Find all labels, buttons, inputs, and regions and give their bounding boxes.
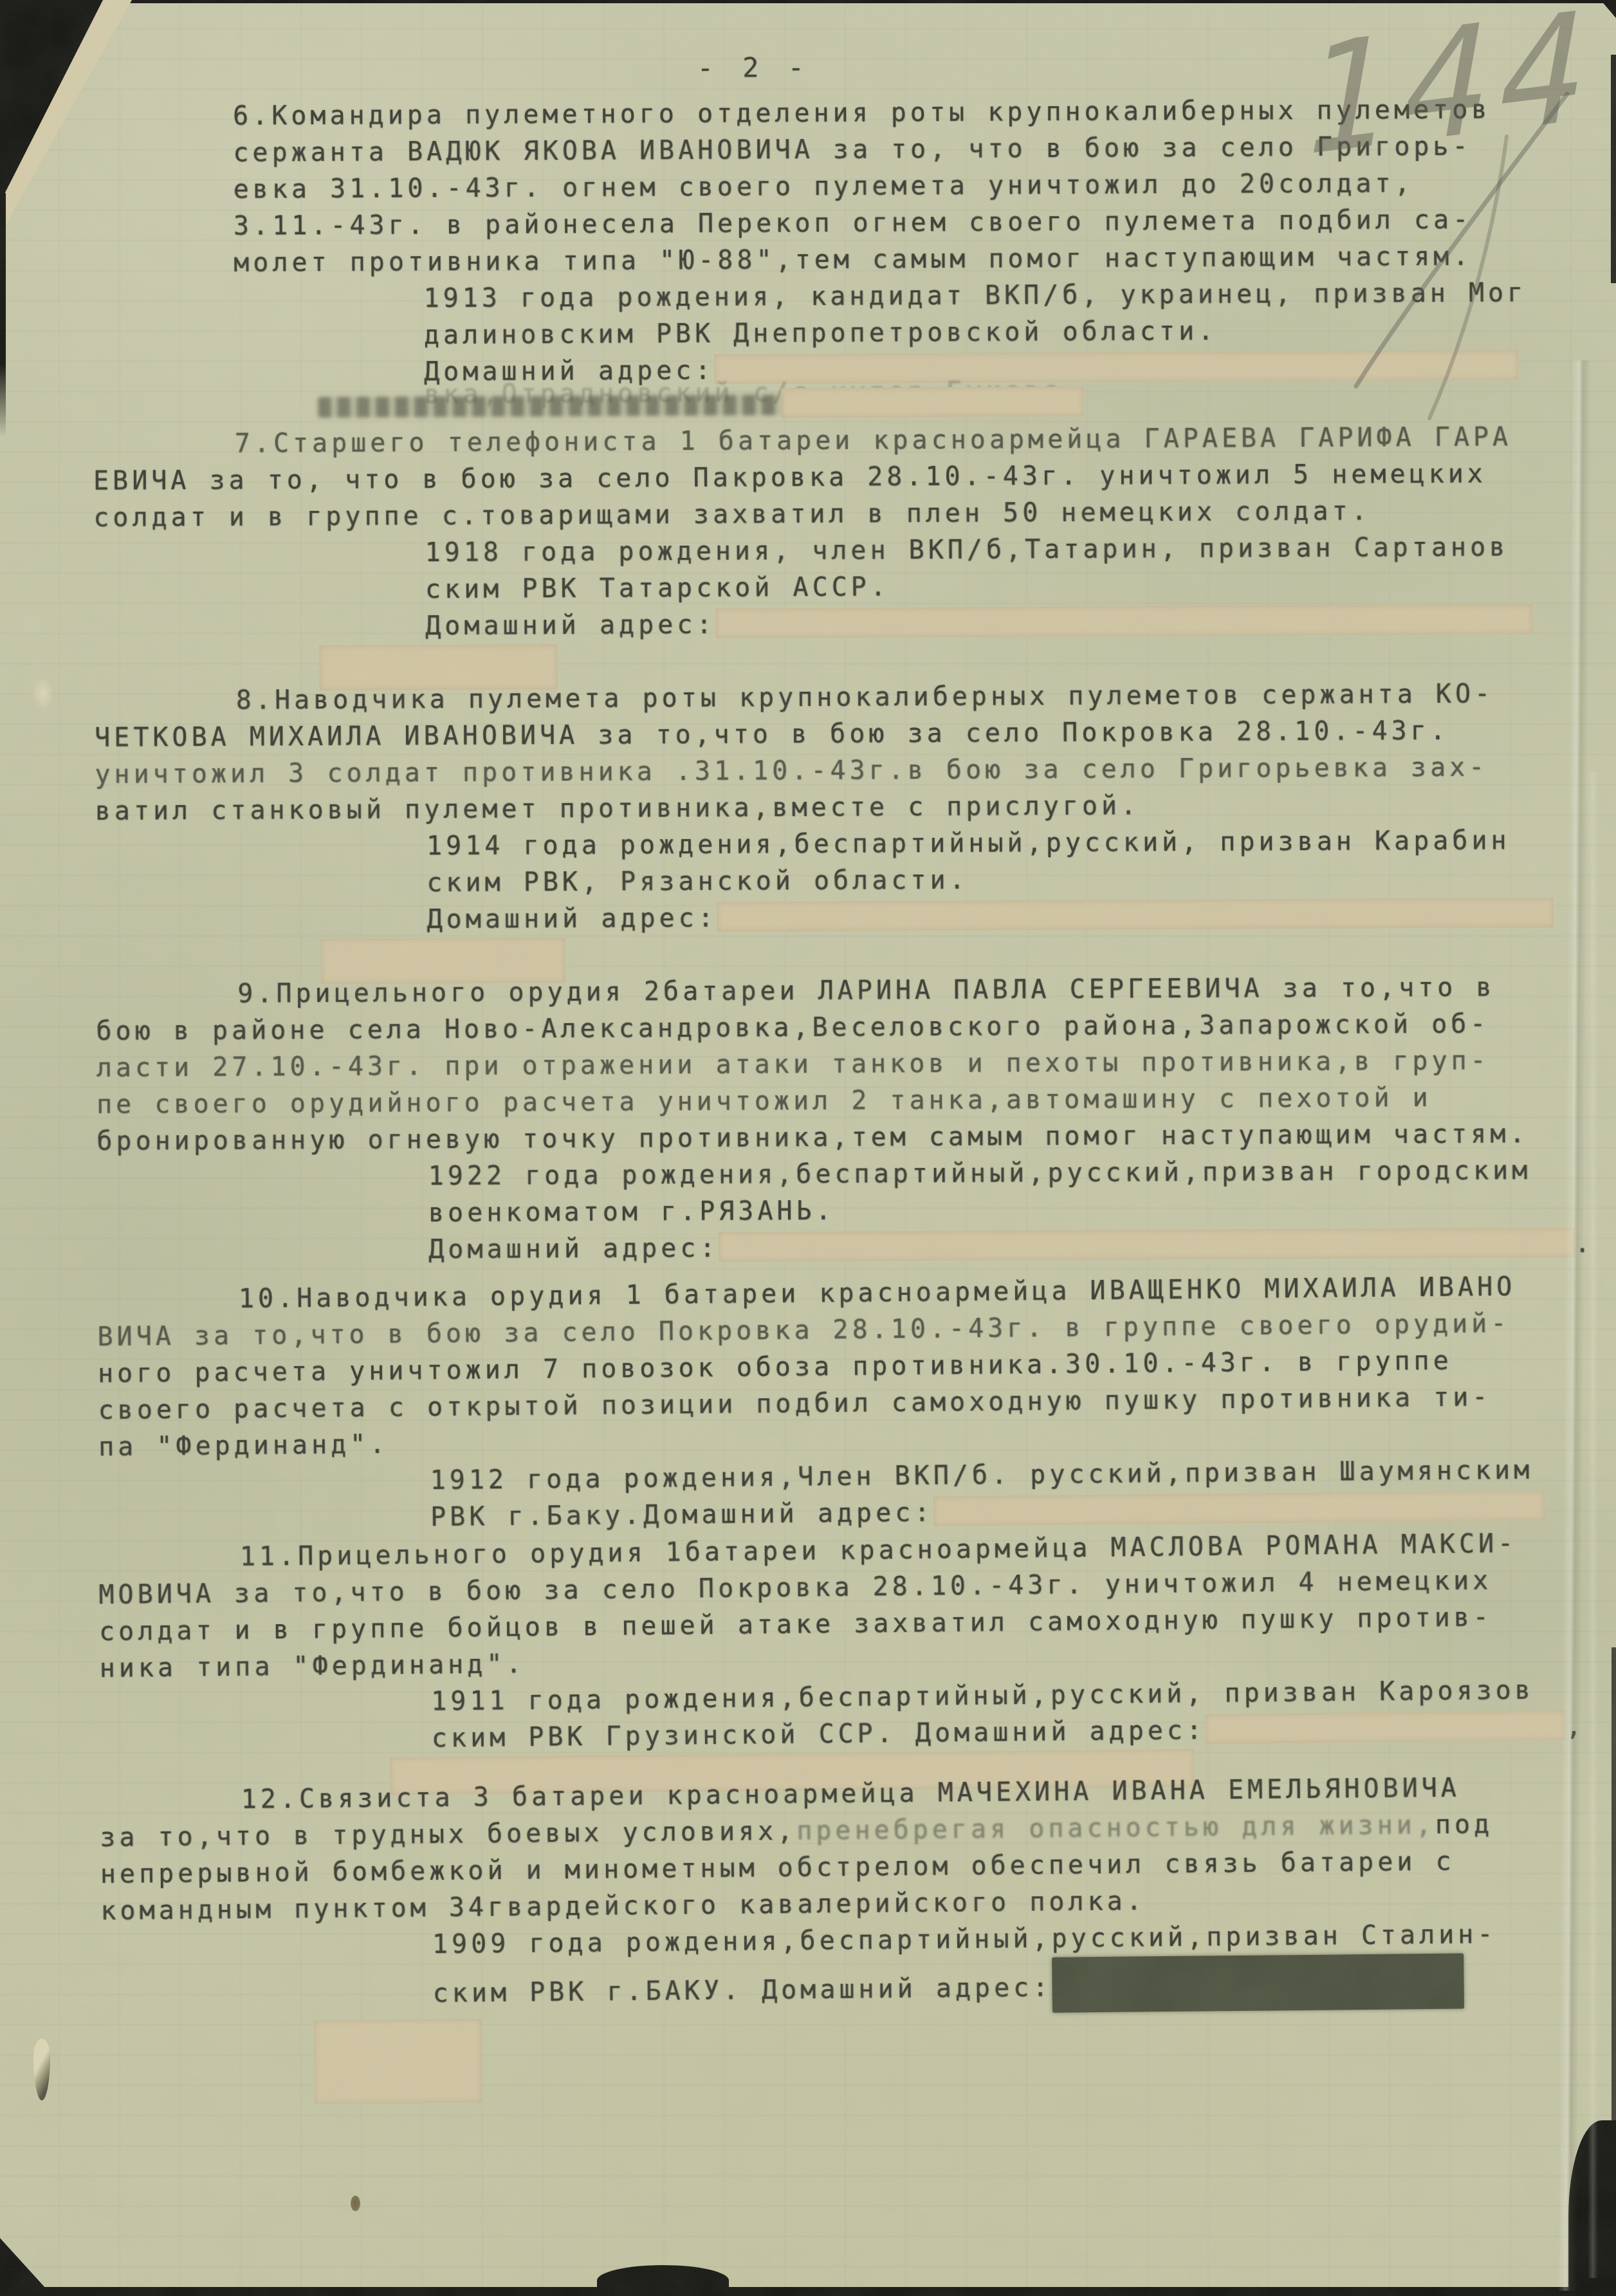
entry-11: 11.Прицельного орудия 1батареи красноарм… [98, 1524, 1616, 1803]
text-line: Домашний адрес:. [97, 1225, 1616, 1270]
entry-12: 12.Связиста 3 батареи красноармейца МАЧЕ… [99, 1768, 1616, 2111]
typewritten-text: ским РВК Татарской АССР. [425, 572, 890, 604]
typewritten-text: . [1574, 1229, 1593, 1259]
typewritten-text: молет противника типа "Ю-88",тем самым п… [234, 242, 1472, 278]
typewritten-text: 1909 года рождения,беспартийный,русский,… [432, 1920, 1497, 1959]
typewritten-text: 1913 года рождения, кандидат ВКП/б, укра… [423, 278, 1527, 313]
typewritten-text: 1912 года рождения,Член ВКП/б. русский,п… [430, 1456, 1533, 1495]
typewritten-text: 8.Наводчика пулемета роты крупнокалиберн… [236, 679, 1494, 715]
typewritten-text: пренебрегая опасностью для жизни, [796, 1810, 1435, 1846]
erased-redaction-block [314, 2019, 482, 2104]
typewritten-text: Домашний адрес: [428, 1234, 719, 1264]
typewritten-text: за то,что в трудных боевых условиях, [100, 1817, 796, 1853]
typewritten-text: 1922 года рождения,беспартийный,русский,… [428, 1156, 1532, 1191]
typewritten-text: солдат и в группе с.товарищами захватил … [93, 496, 1371, 532]
erased-redaction-block [719, 1228, 1574, 1262]
document-text-layer: - 2 - 6.Командира пулеметного отделения … [0, 0, 1616, 2296]
entry-8: 8.Наводчика пулемета роты крупнокалиберн… [95, 675, 1615, 990]
typewritten-text: 6.Командира пулеметного отделения роты к… [233, 95, 1491, 131]
erased-redaction-block [933, 1490, 1545, 1526]
typewritten-text: евка 31.10.-43г. огнем своего пулемета у… [234, 169, 1414, 205]
entry-7: 7.Старшего телефониста 1 батареи красноа… [93, 382, 1613, 696]
typewritten-text: командным пунктом 34гвардейского кавалер… [100, 1886, 1146, 1926]
scanned-page: { "page": { "number_label": "- 2 -", "ha… [0, 0, 1616, 2296]
page-number: - 2 - [697, 51, 811, 84]
entry-10: 10.Наводчика орудия 1 батареи красноарме… [97, 1268, 1616, 1539]
typewritten-text: ским РВК Грузинской ССР. Домашний адрес: [432, 1716, 1206, 1754]
typewritten-text: 1918 года рождения, член ВКП/б,Татарин, … [425, 532, 1509, 568]
typewritten-text: 3.11.-43г. в районесела Перекоп огнем св… [234, 205, 1472, 241]
typewritten-text: пе своего орудийного расчета уничтожил 2… [96, 1083, 1432, 1120]
typewritten-text: 9.Прицельного орудия 2батареи ЛАРИНА ПАВ… [237, 972, 1496, 1008]
erased-redaction-block [717, 898, 1554, 932]
typewritten-text: 1914 года рождения,беспартийный,русский,… [427, 826, 1510, 861]
typewritten-text: ласти 27.10.-43г. при отражении атаки та… [96, 1046, 1490, 1082]
dark-redaction-block [1052, 1954, 1464, 2013]
typewritten-text: Домашний адрес: [427, 903, 717, 934]
erased-redaction-block [715, 604, 1532, 638]
typewritten-text: РВК г.Баку.Домашний адрес: [430, 1497, 934, 1532]
typewritten-text: ватил станковый пулемет противника,вмест… [95, 791, 1141, 826]
ink-smudge [318, 394, 781, 418]
typewritten-text: уничтожил 3 солдат противника .31.10.-43… [95, 752, 1488, 789]
typewritten-text: бронированную огневую точку противника,т… [96, 1119, 1529, 1156]
typewritten-text: Домашний адрес: [425, 610, 715, 641]
typewritten-text: ским РВК г.БАКУ. Домашний адрес: [432, 1973, 1052, 2008]
typewritten-text: ским РВК, Рязанской области. [427, 866, 969, 898]
typewritten-text: бою в районе села Ново-Александровка,Вес… [96, 1009, 1489, 1046]
typewritten-text: , [1566, 1712, 1586, 1741]
text-line [102, 2008, 1616, 2111]
typewritten-text: 7.Старшего телефониста 1 батареи красноа… [235, 422, 1512, 458]
typewritten-text: под [1435, 1810, 1494, 1840]
typewritten-text: па "Фердинанд". [98, 1430, 389, 1462]
erased-redaction-block [1206, 1710, 1566, 1744]
typewritten-text: ЕВИЧА за то, что в бою за село Пакровка … [93, 459, 1487, 495]
erased-redaction-block [781, 387, 1083, 418]
typewritten-text: ЧЕТКОВА МИХАИЛА ИВАНОВИЧА за то,что в бо… [95, 716, 1449, 753]
typewritten-text: сержанта ВАДЮК ЯКОВА ИВАНОВИЧА за то, чт… [233, 132, 1471, 168]
typewritten-text: далиновским РВК Днепропетровской области… [424, 317, 1218, 350]
typewritten-text: ника типа "Фердинанд". [99, 1649, 525, 1683]
entry-9: 9.Прицельного орудия 2батареи ЛАРИНА ПАВ… [96, 968, 1616, 1270]
typewritten-text: военкоматом г.РЯЗАНЬ. [428, 1196, 835, 1228]
